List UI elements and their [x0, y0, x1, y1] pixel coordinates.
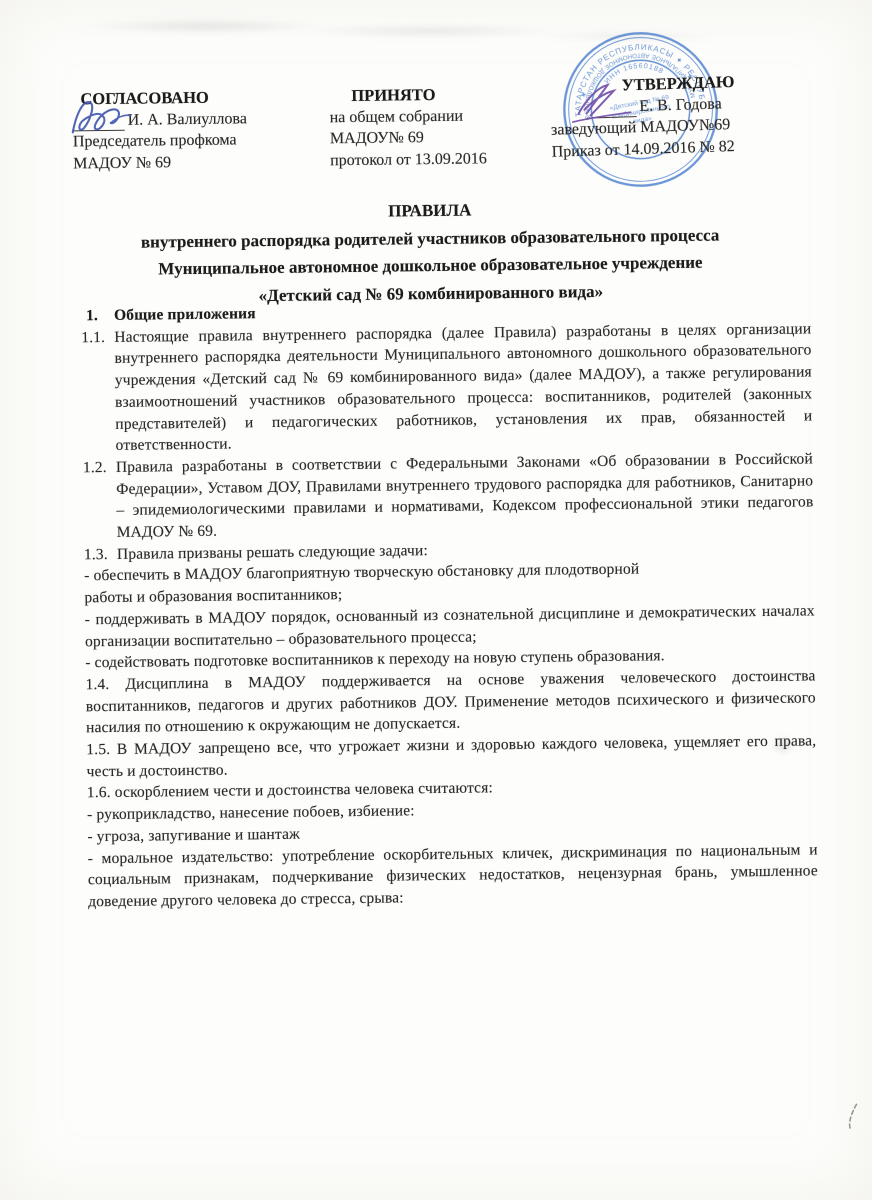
agreed-org: МАДОУ № 69 [73, 150, 293, 174]
accepted-line: МАДОУ№ 69 [330, 126, 500, 150]
accepted-line: протокол от 13.09.2016 [330, 148, 500, 172]
paragraph: - моральное издательство: употребление о… [88, 839, 819, 913]
document-body: 1. Общие приложения 1.1.Настоящие правил… [81, 296, 818, 913]
paragraph-text: - моральное издательство: употребление о… [88, 841, 818, 910]
paragraph-text: Настоящие правила внутреннего распорядка… [114, 320, 812, 454]
agreed-title: СОГЛАСОВАНО [72, 86, 292, 110]
paragraph-text: - угроза, запугивание и шантаж [87, 826, 300, 846]
paragraph: 1.2.Правила разработаны в соответствии с… [83, 448, 814, 544]
agreed-block: СОГЛАСОВАНО И. А. Валиуллова Председател… [72, 86, 293, 175]
paragraph-text: 1.4. Дисциплина в МАДОУ поддерживается н… [85, 667, 815, 736]
paragraph-number: 1.3. [84, 544, 108, 566]
paragraph-text: - поддерживать в МАДОУ порядок, основанн… [85, 602, 815, 650]
paragraph-text: 1.5. В МАДОУ запрещено все, что угрожает… [86, 732, 816, 780]
signature-line [73, 113, 125, 132]
section-title: Общие приложения [114, 305, 256, 324]
agreed-signature-row: И. А. Валиуллова [73, 107, 293, 131]
document-title: ПРАВИЛА внутреннего распорядка родителей… [0, 192, 867, 313]
accepted-block: ПРИНЯТО на общем собрании МАДОУ№ 69 прот… [329, 83, 500, 171]
pen-mark-icon [846, 1098, 862, 1132]
scanned-document-page: СОГЛАСОВАНО И. А. Валиуллова Председател… [0, 0, 872, 1200]
paragraph-text: Правила призваны решать следующие задачи… [117, 542, 428, 563]
accepted-line: на общем собрании [330, 105, 500, 129]
paragraph: 1.4. Дисциплина в МАДОУ поддерживается н… [85, 665, 816, 739]
paragraph-number: 1.1. [81, 327, 105, 349]
section-number: 1. [86, 305, 98, 327]
paragraph-text: - рукоприкладство, нанесение побоев, изб… [87, 802, 415, 823]
paragraph-text: - обеспечить в МАДОУ благоприятную творч… [84, 561, 639, 606]
agreed-role: Председатель профкома [73, 129, 293, 153]
paragraph-text: Правила разработаны в соответствии с Фед… [116, 450, 814, 541]
paragraph: 1.1.Настоящие правила внутреннего распор… [81, 318, 813, 457]
agreed-signer-name: И. А. Валиуллова [128, 108, 248, 131]
accepted-title: ПРИНЯТО [329, 83, 499, 107]
approved-signer-name: Е. В. Годова [639, 93, 722, 117]
paragraph-text: 1.6. оскорблением чести и достоинства че… [87, 780, 493, 802]
signature-line [586, 99, 637, 119]
approved-block: УТВЕРЖДАЮ Е. В. Годова заведующий МАДОУ№… [549, 70, 782, 163]
paragraph-number: 1.2. [83, 457, 107, 479]
body-paragraphs: 1.1.Настоящие правила внутреннего распор… [81, 318, 818, 913]
